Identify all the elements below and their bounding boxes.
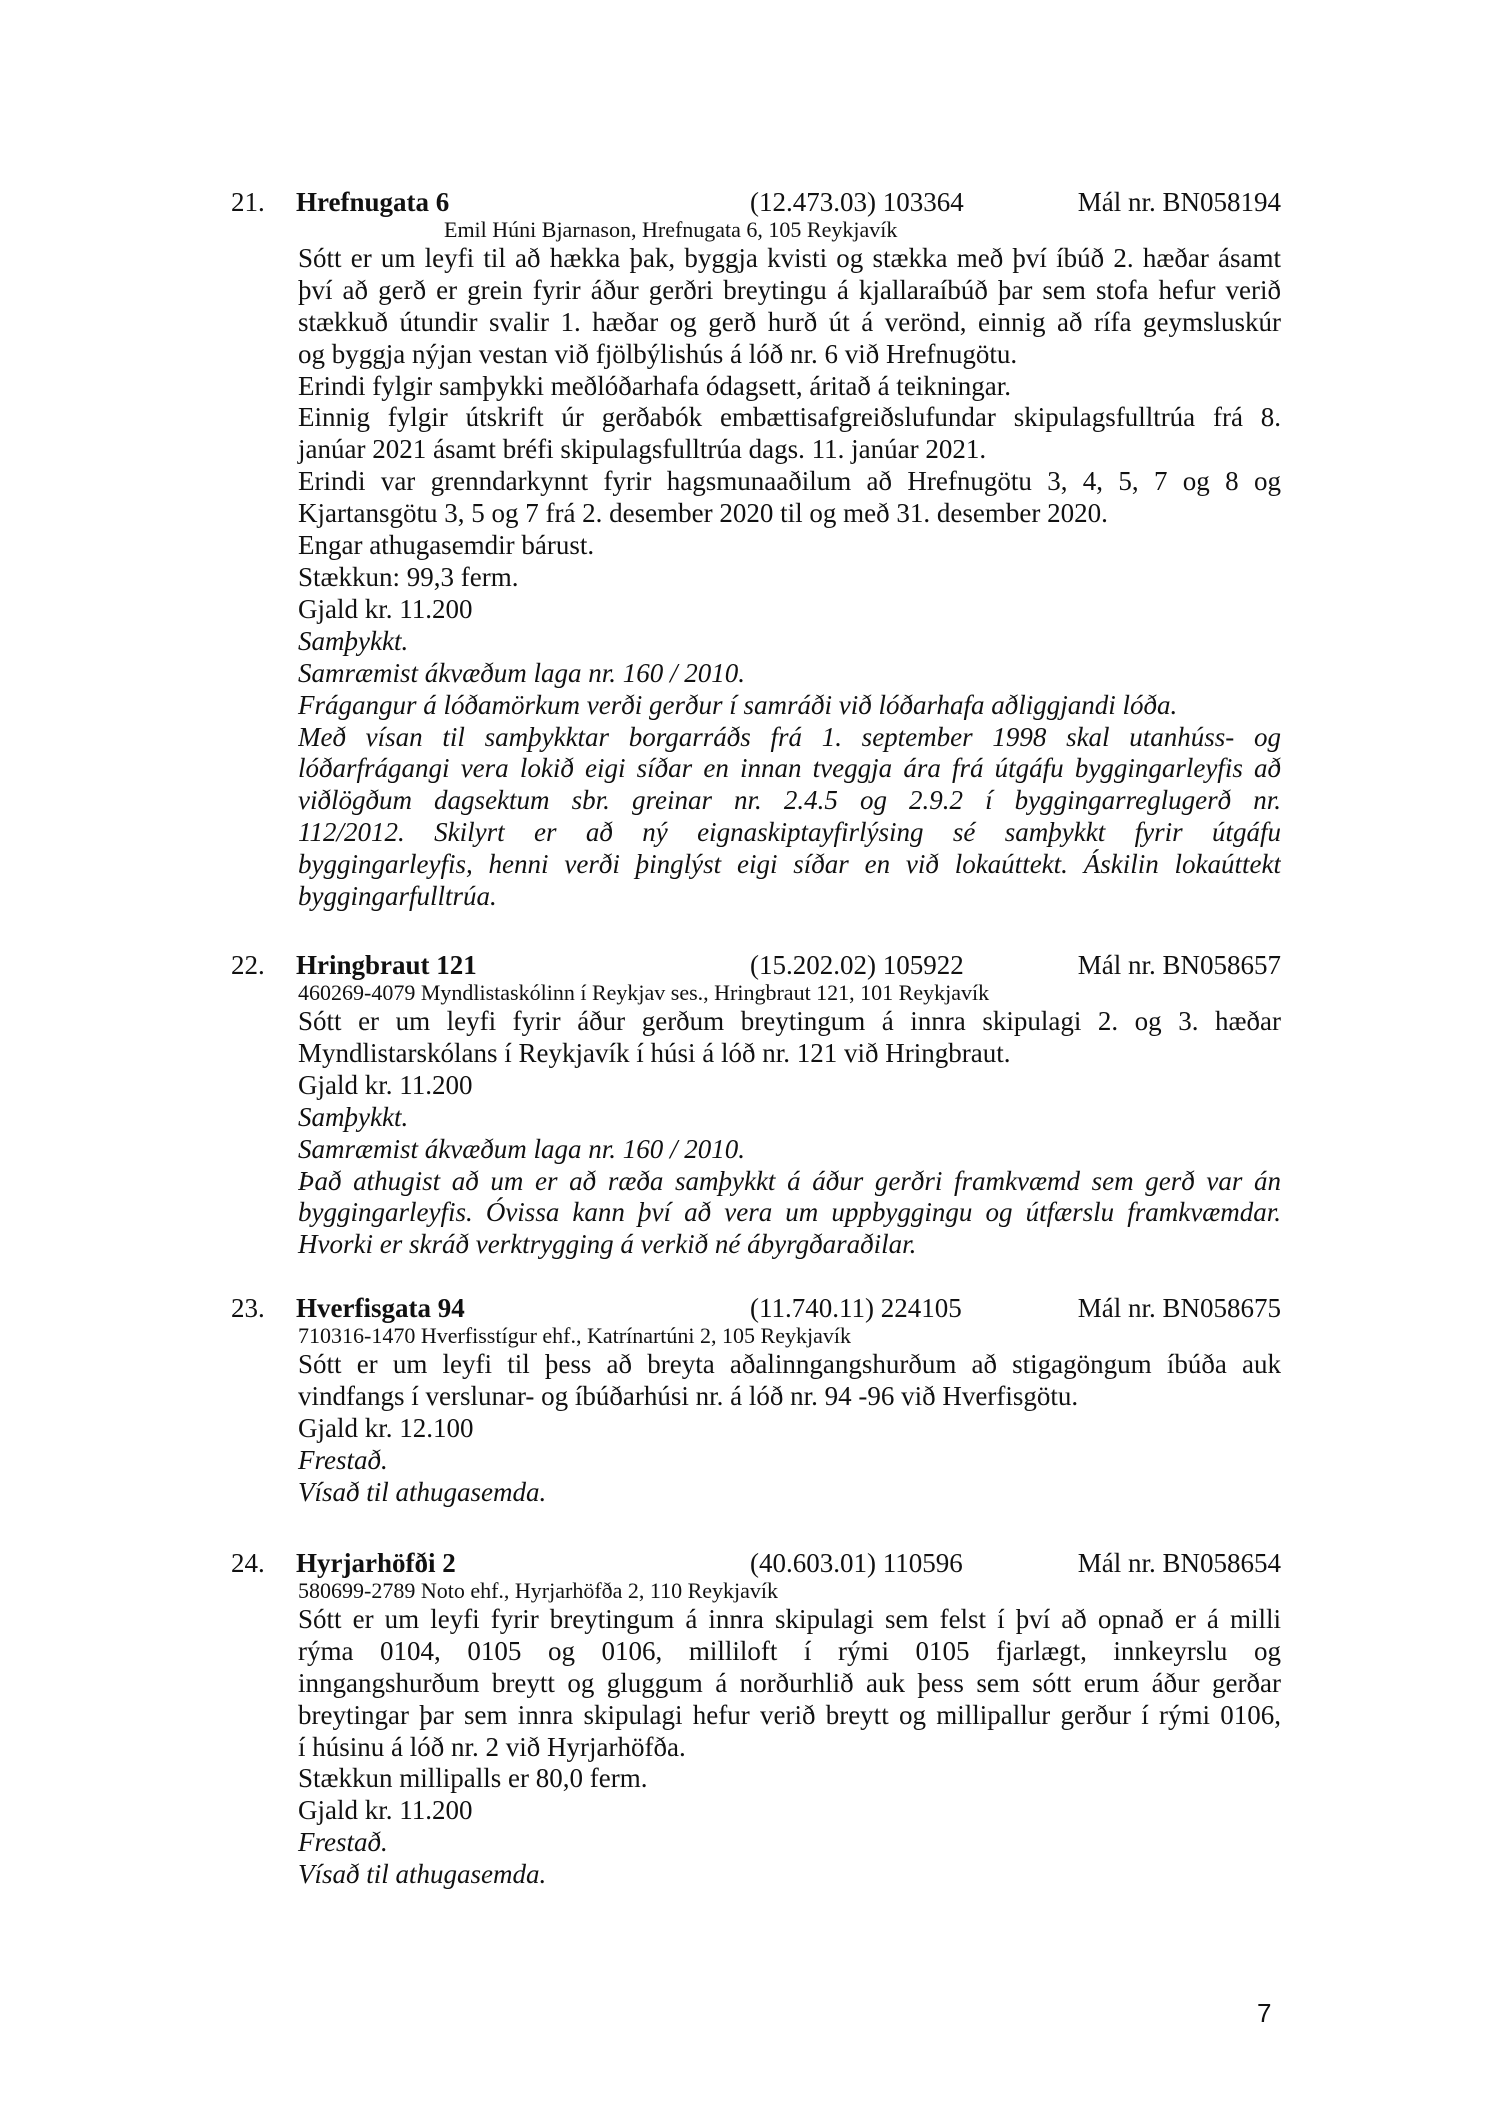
body-line: Erindi var grenndarkynnt fyrir hagsmunaa… xyxy=(298,466,1281,498)
body-line: Frestað. xyxy=(298,1445,1281,1477)
body-line: Engar athugasemdir bárust. xyxy=(298,530,1281,562)
case-file-number: Mál nr. BN058654 xyxy=(1078,1548,1281,1578)
body-line: Sótt er um leyfi til að hækka þak, byggj… xyxy=(298,243,1281,275)
case-body: Sótt er um leyfi fyrir breytingum á innr… xyxy=(298,1604,1281,1891)
body-line: Hvorki er skráð verktrygging á verkið né… xyxy=(298,1229,1281,1261)
body-line: stækkuð útundir svalir 1. hæðar og gerð … xyxy=(298,307,1281,339)
case-header: 24. Hyrjarhöfði 2 (40.603.01) 110596 Mál… xyxy=(231,1548,1281,1578)
body-line: Vísað til athugasemda. xyxy=(298,1477,1281,1509)
case-item: 21. Hrefnugata 6 (12.473.03) 103364 Mál … xyxy=(231,187,1281,913)
case-body: Sótt er um leyfi til að hækka þak, byggj… xyxy=(298,243,1281,913)
body-line: Sótt er um leyfi til þess að breyta aðal… xyxy=(298,1349,1281,1381)
document-page: 21. Hrefnugata 6 (12.473.03) 103364 Mál … xyxy=(0,0,1500,2122)
body-line: Samræmist ákvæðum laga nr. 160 / 2010. xyxy=(298,1134,1281,1166)
body-line: og byggja nýjan vestan við fjölbýlishús … xyxy=(298,339,1281,371)
case-header: 23. Hverfisgata 94 (11.740.11) 224105 Má… xyxy=(231,1293,1281,1323)
case-number-index: 23. xyxy=(231,1293,265,1323)
body-line: Myndlistarskólans í Reykjavík í húsi á l… xyxy=(298,1038,1281,1070)
applicant-line: 580699-2789 Noto ehf., Hyrjarhöfða 2, 11… xyxy=(298,1578,1281,1604)
body-line: vindfangs í verslunar- og íbúðarhúsi nr.… xyxy=(298,1381,1281,1413)
body-line: Gjald kr. 11.200 xyxy=(298,1070,1281,1102)
body-line: Stækkun millipalls er 80,0 ferm. xyxy=(298,1763,1281,1795)
body-line: 112/2012. Skilyrt er að ný eignaskiptayf… xyxy=(298,817,1281,849)
body-line: byggingarleyfis, henni verði þinglýst ei… xyxy=(298,849,1281,881)
case-file-number: Mál nr. BN058194 xyxy=(1078,187,1281,217)
body-line: rýma 0104, 0105 og 0106, milliloft í rým… xyxy=(298,1636,1281,1668)
body-line: Kjartansgötu 3, 5 og 7 frá 2. desember 2… xyxy=(298,498,1281,530)
body-line: janúar 2021 ásamt bréfi skipulagsfulltrú… xyxy=(298,434,1281,466)
case-address-title: Hrefnugata 6 xyxy=(296,187,449,217)
property-reference: (12.473.03) 103364 xyxy=(750,187,964,217)
body-line: byggingarfulltrúa. xyxy=(298,881,1281,913)
case-item: 22. Hringbraut 121 (15.202.02) 105922 Má… xyxy=(231,950,1281,1261)
case-item: 23. Hverfisgata 94 (11.740.11) 224105 Má… xyxy=(231,1293,1281,1509)
body-line: Gjald kr. 12.100 xyxy=(298,1413,1281,1445)
body-line: lóðarfrágangi vera lokið eigi síðar en i… xyxy=(298,753,1281,785)
body-line: Það athugist að um er að ræða samþykkt á… xyxy=(298,1166,1281,1198)
body-line: því að gerð er grein fyrir áður gerðri b… xyxy=(298,275,1281,307)
body-line: í húsinu á lóð nr. 2 við Hyrjarhöfða. xyxy=(298,1732,1281,1764)
body-line: Frestað. xyxy=(298,1827,1281,1859)
case-header: 22. Hringbraut 121 (15.202.02) 105922 Má… xyxy=(231,950,1281,980)
body-line: Stækkun: 99,3 ferm. xyxy=(298,562,1281,594)
case-number-index: 21. xyxy=(231,187,265,217)
page-number: 7 xyxy=(1257,1998,1271,2029)
case-body: Sótt er um leyfi til þess að breyta aðal… xyxy=(298,1349,1281,1509)
case-body: Sótt er um leyfi fyrir áður gerðum breyt… xyxy=(298,1006,1281,1261)
applicant-line: 460269-4079 Myndlistaskólinn í Reykjav s… xyxy=(298,980,1281,1006)
case-header: 21. Hrefnugata 6 (12.473.03) 103364 Mál … xyxy=(231,187,1281,217)
body-line: Einnig fylgir útskrift úr gerðabók embæt… xyxy=(298,402,1281,434)
body-line: Frágangur á lóðamörkum verði gerður í sa… xyxy=(298,690,1281,722)
case-address-title: Hverfisgata 94 xyxy=(296,1293,465,1323)
body-line: Samræmist ákvæðum laga nr. 160 / 2010. xyxy=(298,658,1281,690)
body-line: Sótt er um leyfi fyrir áður gerðum breyt… xyxy=(298,1006,1281,1038)
body-line: Gjald kr. 11.200 xyxy=(298,594,1281,626)
case-file-number: Mál nr. BN058675 xyxy=(1078,1293,1281,1323)
case-number-index: 24. xyxy=(231,1548,265,1578)
property-reference: (15.202.02) 105922 xyxy=(750,950,964,980)
property-reference: (11.740.11) 224105 xyxy=(750,1293,962,1323)
body-line: breytingar þar sem innra skipulagi hefur… xyxy=(298,1700,1281,1732)
applicant-line: Emil Húni Bjarnason, Hrefnugata 6, 105 R… xyxy=(444,217,1281,243)
body-line: Samþykkt. xyxy=(298,626,1281,658)
body-line: Gjald kr. 11.200 xyxy=(298,1795,1281,1827)
body-line: inngangshurðum breytt og gluggum á norðu… xyxy=(298,1668,1281,1700)
case-item: 24. Hyrjarhöfði 2 (40.603.01) 110596 Mál… xyxy=(231,1548,1281,1891)
body-line: byggingarleyfis. Óvissa kann því að vera… xyxy=(298,1197,1281,1229)
property-reference: (40.603.01) 110596 xyxy=(750,1548,963,1578)
applicant-line: 710316-1470 Hverfisstígur ehf., Katrínar… xyxy=(298,1323,1281,1349)
body-line: Sótt er um leyfi fyrir breytingum á innr… xyxy=(298,1604,1281,1636)
case-number-index: 22. xyxy=(231,950,265,980)
body-line: Erindi fylgir samþykki meðlóðarhafa ódag… xyxy=(298,371,1281,403)
body-line: Vísað til athugasemda. xyxy=(298,1859,1281,1891)
case-address-title: Hringbraut 121 xyxy=(296,950,477,980)
body-line: viðlögðum dagsektum sbr. greinar nr. 2.4… xyxy=(298,785,1281,817)
case-file-number: Mál nr. BN058657 xyxy=(1078,950,1281,980)
body-line: Samþykkt. xyxy=(298,1102,1281,1134)
body-line: Með vísan til samþykktar borgarráðs frá … xyxy=(298,722,1281,754)
case-address-title: Hyrjarhöfði 2 xyxy=(296,1548,456,1578)
